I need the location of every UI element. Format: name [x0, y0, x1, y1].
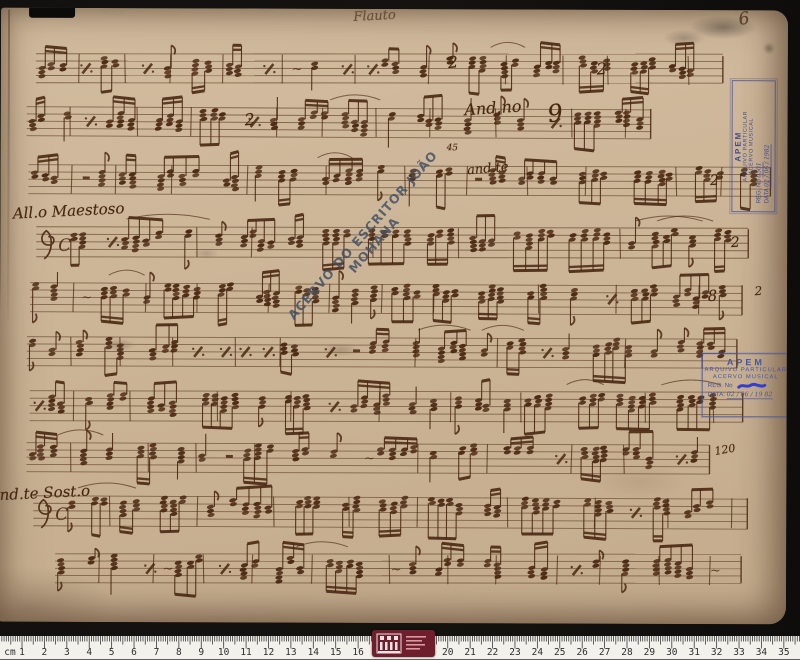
ruler-number-6: 6 — [126, 647, 142, 658]
rest-count-4-annotation: 2 — [710, 173, 720, 190]
figure-8-annotation: 8 — [707, 286, 718, 305]
title-flauto-annotation: Flauto — [353, 8, 396, 25]
rest-count-1-annotation: 2 — [447, 52, 459, 72]
stamp-date-value: 02 / 06 / 19 82 — [727, 392, 773, 400]
ruler-number-14: 14 — [305, 647, 321, 658]
stamp-date-value: 02 / 06 / 1982 — [764, 145, 772, 187]
ruler-number-28: 28 — [619, 647, 635, 658]
manuscript-page: ~C~~C~~~ Flauto6222And.no945and.te2All.o… — [0, 8, 788, 625]
ruler-number-24: 24 — [529, 647, 545, 658]
ruler-number-7: 7 — [148, 647, 164, 658]
tempo-andantino-annotation: And.no — [464, 96, 522, 119]
svg-text:~: ~ — [292, 62, 303, 77]
ruler-number-3: 3 — [59, 647, 75, 658]
ruler-number-15: 15 — [328, 647, 344, 658]
ruler-number-13: 13 — [283, 647, 299, 658]
ink-scribble — [737, 383, 767, 391]
archive-stamp-table: APEM ARQUIVO PARTICULAR ACERVO MUSICAL R… — [702, 353, 788, 417]
ruler-number-30: 30 — [664, 647, 680, 658]
ruler-number-16: 16 — [350, 647, 366, 658]
ruler-number-35: 35 — [776, 647, 792, 658]
stamp-reg-label: REG. No — [756, 179, 762, 203]
ruler-number-32: 32 — [709, 647, 725, 658]
svg-text:C: C — [58, 236, 71, 256]
archive-logo — [372, 630, 435, 657]
ruler-number-10: 10 — [216, 647, 232, 658]
svg-text:~: ~ — [710, 564, 721, 579]
ruler-number-2: 2 — [36, 647, 52, 658]
music-notation: ~C~~C~~~ — [0, 8, 788, 625]
ruler-number-23: 23 — [507, 647, 523, 658]
svg-text:~: ~ — [163, 562, 174, 577]
ruler-number-26: 26 — [574, 647, 590, 658]
rest-count-2-annotation: 2 — [596, 59, 607, 79]
ruler-number-5: 5 — [104, 647, 120, 658]
svg-text:~: ~ — [81, 290, 92, 305]
stamp-date-label: DATA: — [708, 392, 725, 399]
archive-logo-text-lines — [406, 636, 426, 650]
svg-text:C: C — [55, 505, 68, 525]
stamp-reg-label: REG. No — [708, 383, 733, 390]
svg-text:~: ~ — [391, 562, 402, 577]
ruler-number-1: 1 — [14, 647, 30, 658]
stamp-org-name: APEM — [703, 357, 788, 367]
archive-stamp-vertical-box: APEM ARQUIVO PARTICULAR ACERVO MUSICAL R… — [731, 80, 775, 212]
rest-count-3-annotation: 2 — [244, 110, 256, 130]
ruler-number-25: 25 — [552, 647, 568, 658]
ruler-number-12: 12 — [260, 647, 276, 658]
stamp-reg-row: REG. No — [703, 381, 788, 390]
stamp-reg-value: 0501 — [755, 162, 763, 177]
stamp-date-label: DATA — [765, 189, 771, 204]
ruler-number-34: 34 — [753, 647, 769, 658]
archive-stamp-vertical: APEM ARQUIVO PARTICULAR ACERVO MUSICAL R… — [731, 80, 777, 212]
ruler-number-4: 4 — [81, 647, 97, 658]
ruler-number-31: 31 — [686, 647, 702, 658]
ruler-number-29: 29 — [641, 647, 657, 658]
rest-count-5-annotation: 2 — [730, 235, 740, 252]
mount-tab — [29, 8, 75, 18]
building-icon — [372, 630, 435, 657]
svg-text:~: ~ — [364, 451, 375, 466]
ruler-number-22: 22 — [485, 647, 501, 658]
ruler-number-8: 8 — [171, 647, 187, 658]
ruler-number-20: 20 — [440, 647, 456, 658]
ruler-number-21: 21 — [462, 647, 478, 658]
stamp-date-row: DATA 02 / 06 / 1982 — [764, 81, 773, 211]
rest-count-6-annotation: 2 — [754, 284, 763, 298]
photo-canvas: ~C~~C~~~ Flauto6222And.no945and.te2All.o… — [0, 0, 800, 660]
ruler-number-11: 11 — [238, 647, 254, 658]
ruler-number-9: 9 — [193, 647, 209, 658]
stamp-date-row: DATA: 02 / 06 / 19 82 — [703, 390, 788, 399]
ruler-number-27: 27 — [597, 647, 613, 658]
ruler-number-33: 33 — [731, 647, 747, 658]
